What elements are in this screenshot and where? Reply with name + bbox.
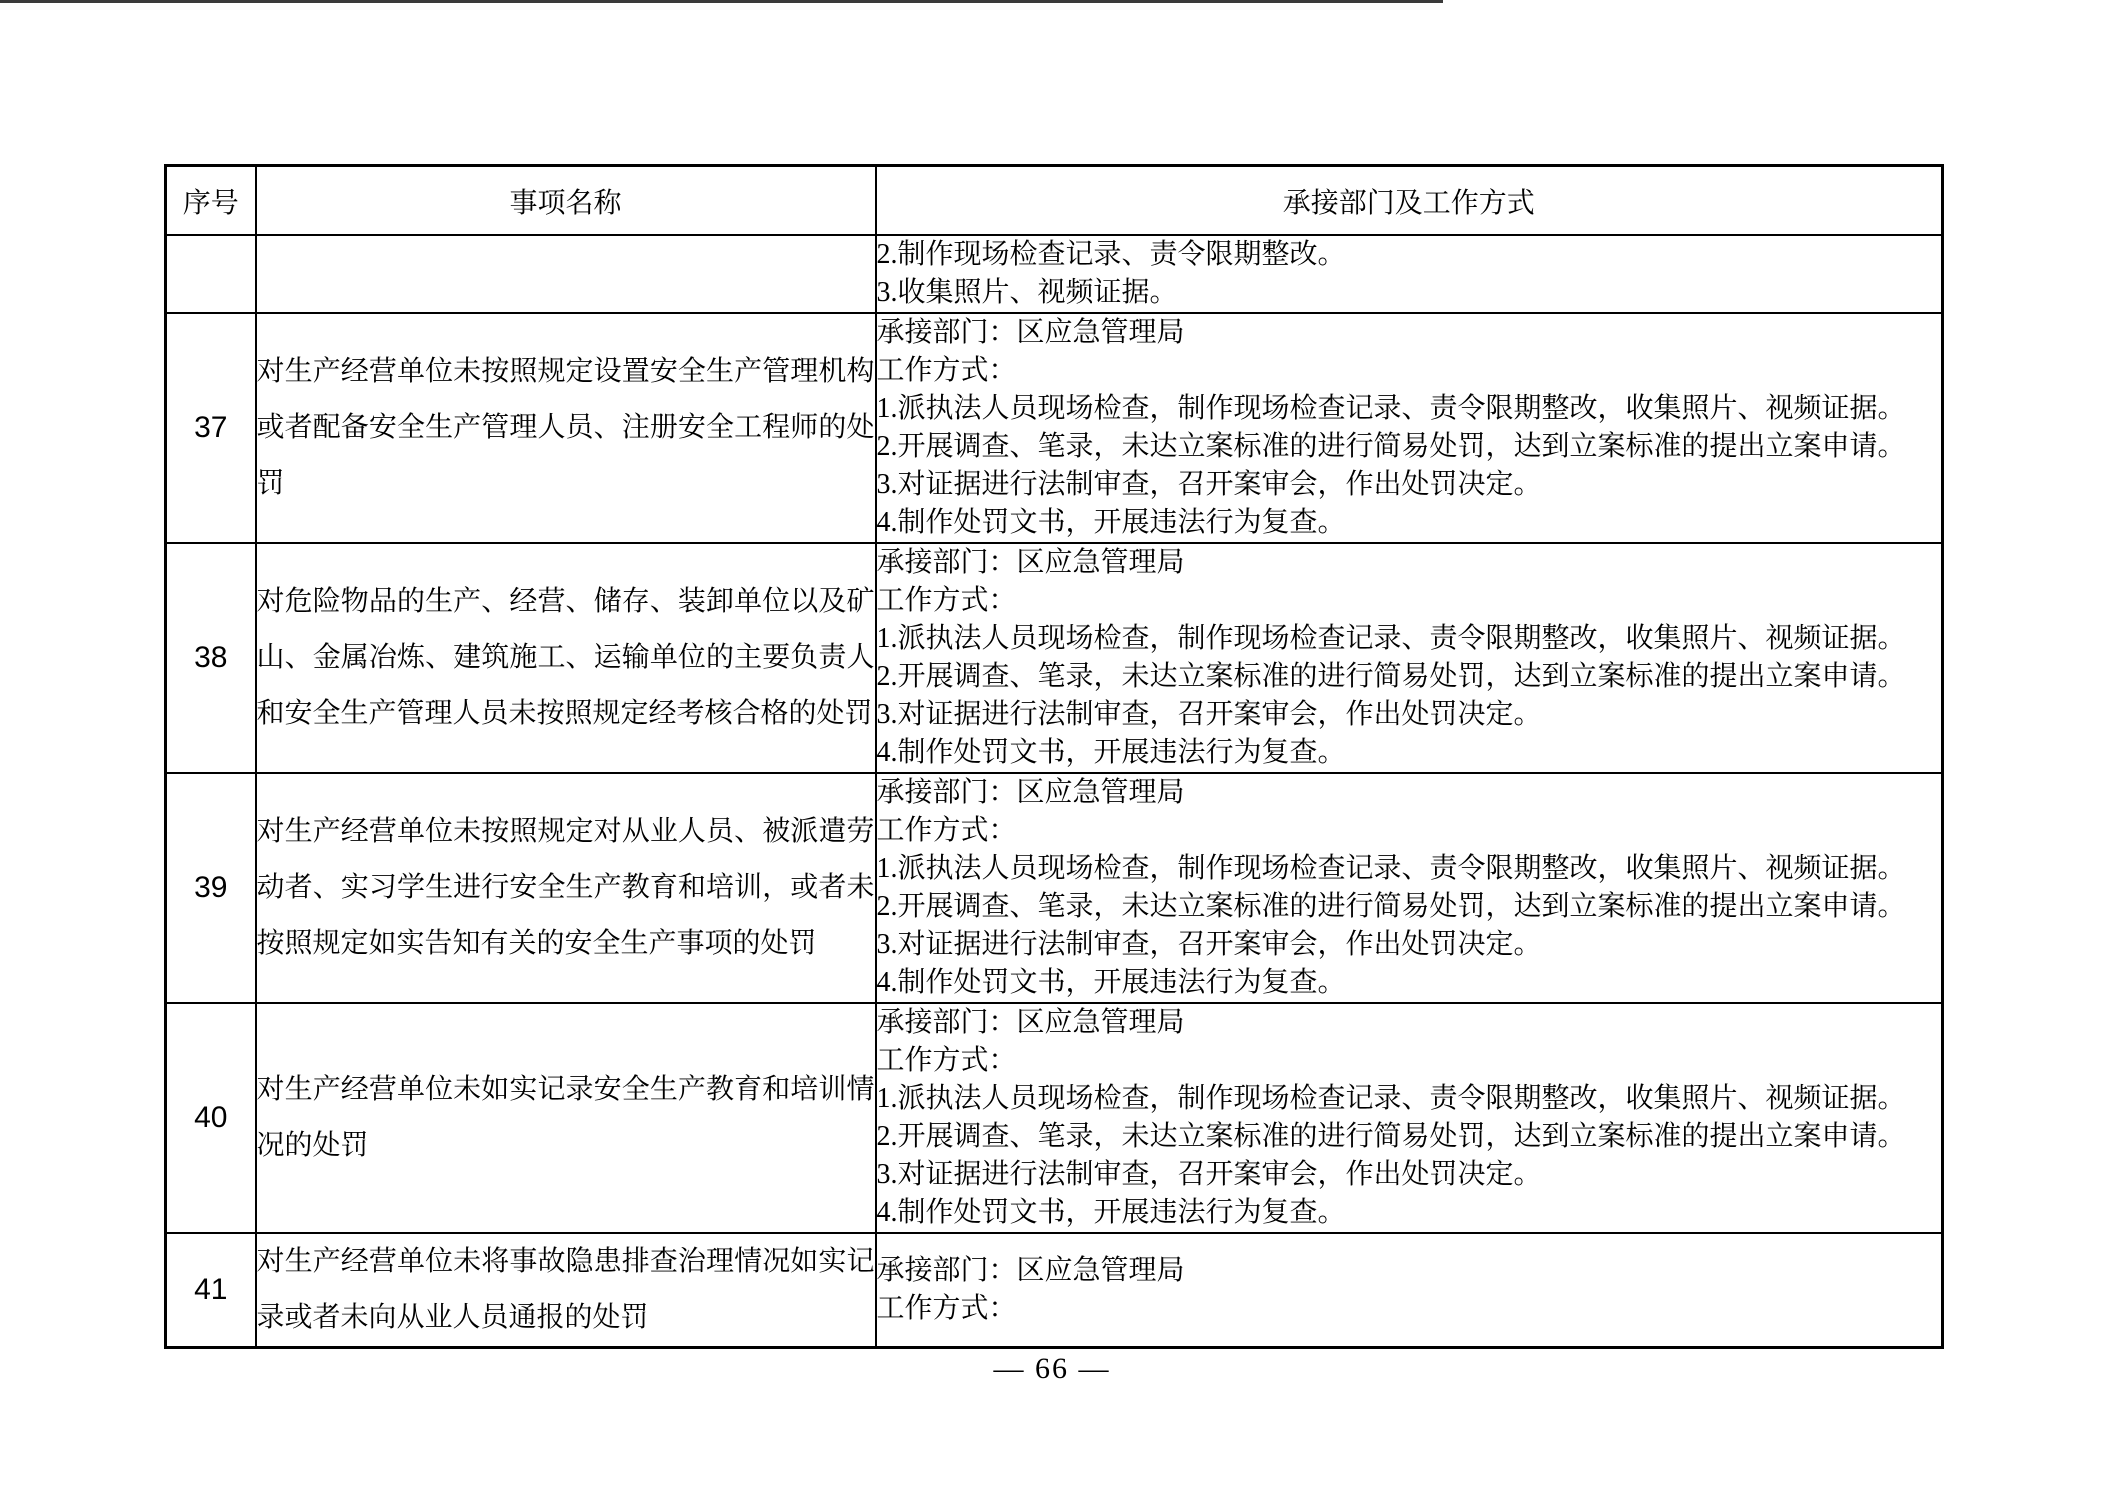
dept-line: 工作方式： [877, 1290, 1942, 1328]
dept-line: 2.制作现场检查记录、责令限期整改。 [877, 236, 1942, 274]
dept-line: 4.制作处罚文书，开展违法行为复查。 [877, 734, 1942, 772]
row-number-cell: 38 [166, 543, 256, 773]
page-number: — 66 — [0, 1352, 2104, 1386]
row-number-cell: 37 [166, 313, 256, 543]
column-header-department: 承接部门及工作方式 [876, 166, 1943, 236]
dept-line: 2.开展调查、笔录，未达立案标准的进行简易处罚，达到立案标准的提出立案申请。 [877, 428, 1942, 466]
dept-line: 承接部门：区应急管理局 [877, 544, 1942, 582]
dept-line: 1.派执法人员现场检查，制作现场检查记录、责令限期整改，收集照片、视频证据。 [877, 390, 1942, 428]
department-cell: 2.制作现场检查记录、责令限期整改。 3.收集照片、视频证据。 [876, 235, 1943, 313]
dept-line: 3.对证据进行法制审查，召开案审会，作出处罚决定。 [877, 466, 1942, 504]
dept-line: 4.制作处罚文书，开展违法行为复查。 [877, 504, 1942, 542]
row-number-cell [166, 235, 256, 313]
item-name-cell: 对生产经营单位未按照规定对从业人员、被派遣劳动者、实习学生进行安全生产教育和培训… [256, 773, 876, 1003]
dept-line: 2.开展调查、笔录，未达立案标准的进行简易处罚，达到立案标准的提出立案申请。 [877, 888, 1942, 926]
item-name-cell: 对危险物品的生产、经营、储存、装卸单位以及矿山、金属冶炼、建筑施工、运输单位的主… [256, 543, 876, 773]
dept-line: 承接部门：区应急管理局 [877, 1252, 1942, 1290]
table-row-continuation: 2.制作现场检查记录、责令限期整改。 3.收集照片、视频证据。 [166, 235, 1943, 313]
dept-line: 工作方式： [877, 582, 1942, 620]
table-row-41: 41 对生产经营单位未将事故隐患排查治理情况如实记录或者未向从业人员通报的处罚 … [166, 1233, 1943, 1348]
department-cell: 承接部门：区应急管理局 工作方式： 1.派执法人员现场检查，制作现场检查记录、责… [876, 543, 1943, 773]
column-header-number: 序号 [166, 166, 256, 236]
dept-line: 承接部门：区应急管理局 [877, 1004, 1942, 1042]
table-header-row: 序号 事项名称 承接部门及工作方式 [166, 166, 1943, 236]
item-name-cell: 对生产经营单位未如实记录安全生产教育和培训情况的处罚 [256, 1003, 876, 1233]
dept-line: 3.对证据进行法制审查，召开案审会，作出处罚决定。 [877, 926, 1942, 964]
dept-line: 3.对证据进行法制审查，召开案审会，作出处罚决定。 [877, 696, 1942, 734]
table-row-40: 40 对生产经营单位未如实记录安全生产教育和培训情况的处罚 承接部门：区应急管理… [166, 1003, 1943, 1233]
dept-line: 工作方式： [877, 352, 1942, 390]
department-cell: 承接部门：区应急管理局 工作方式： 1.派执法人员现场检查，制作现场检查记录、责… [876, 1003, 1943, 1233]
dept-line: 2.开展调查、笔录，未达立案标准的进行简易处罚，达到立案标准的提出立案申请。 [877, 1118, 1942, 1156]
dept-line: 1.派执法人员现场检查，制作现场检查记录、责令限期整改，收集照片、视频证据。 [877, 850, 1942, 888]
dept-line: 2.开展调查、笔录，未达立案标准的进行简易处罚，达到立案标准的提出立案申请。 [877, 658, 1942, 696]
row-number-cell: 39 [166, 773, 256, 1003]
dept-line: 1.派执法人员现场检查，制作现场检查记录、责令限期整改，收集照片、视频证据。 [877, 1080, 1942, 1118]
dept-line: 承接部门：区应急管理局 [877, 314, 1942, 352]
department-cell: 承接部门：区应急管理局 工作方式： [876, 1233, 1943, 1348]
row-number-cell: 40 [166, 1003, 256, 1233]
dept-line: 承接部门：区应急管理局 [877, 774, 1942, 812]
row-number-cell: 41 [166, 1233, 256, 1348]
dept-line: 工作方式： [877, 812, 1942, 850]
dept-line: 工作方式： [877, 1042, 1942, 1080]
department-cell: 承接部门：区应急管理局 工作方式： 1.派执法人员现场检查，制作现场检查记录、责… [876, 773, 1943, 1003]
table-row-38: 38 对危险物品的生产、经营、储存、装卸单位以及矿山、金属冶炼、建筑施工、运输单… [166, 543, 1943, 773]
table-row-37: 37 对生产经营单位未按照规定设置安全生产管理机构或者配备安全生产管理人员、注册… [166, 313, 1943, 543]
item-name-cell: 对生产经营单位未将事故隐患排查治理情况如实记录或者未向从业人员通报的处罚 [256, 1233, 876, 1348]
column-header-item-name: 事项名称 [256, 166, 876, 236]
items-table: 序号 事项名称 承接部门及工作方式 2.制作现场检查记录、责令限期整改。 3.收… [164, 164, 1944, 1349]
dept-line: 4.制作处罚文书，开展违法行为复查。 [877, 964, 1942, 1002]
item-name-cell: 对生产经营单位未按照规定设置安全生产管理机构或者配备安全生产管理人员、注册安全工… [256, 313, 876, 543]
item-name-cell [256, 235, 876, 313]
dept-line: 3.收集照片、视频证据。 [877, 274, 1942, 312]
dept-line: 3.对证据进行法制审查，召开案审会，作出处罚决定。 [877, 1156, 1942, 1194]
dept-line: 1.派执法人员现场检查，制作现场检查记录、责令限期整改，收集照片、视频证据。 [877, 620, 1942, 658]
scan-artifact-top [0, 0, 1443, 3]
dept-line: 4.制作处罚文书，开展违法行为复查。 [877, 1194, 1942, 1232]
department-cell: 承接部门：区应急管理局 工作方式： 1.派执法人员现场检查，制作现场检查记录、责… [876, 313, 1943, 543]
table-row-39: 39 对生产经营单位未按照规定对从业人员、被派遣劳动者、实习学生进行安全生产教育… [166, 773, 1943, 1003]
